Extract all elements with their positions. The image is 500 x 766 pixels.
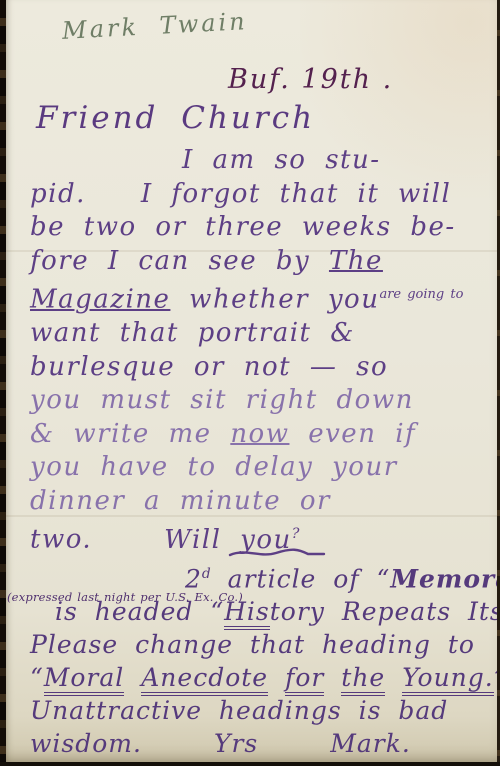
manuscript-text: even if <box>289 419 416 449</box>
manuscript-text <box>385 663 402 692</box>
manuscript-text: for <box>285 663 324 696</box>
manuscript-text: are going to <box>379 287 463 302</box>
manuscript-line: is headed “History Repeats Itself.” <box>55 595 492 628</box>
manuscript-text: whether you <box>170 285 379 315</box>
manuscript-text: wisdom. <box>30 729 142 758</box>
manuscript-text: the <box>341 663 385 696</box>
manuscript-text: Moral <box>44 663 125 696</box>
manuscript-text: His <box>224 597 270 630</box>
manuscript-text: dinner a minute or <box>30 486 331 516</box>
manuscript-text: & write me <box>30 419 230 449</box>
manuscript-text: 2 <box>185 564 202 593</box>
manuscript-text: The <box>329 246 383 276</box>
manuscript-text: Yrs <box>214 729 258 758</box>
manuscript-line: dinner a minute or <box>30 485 488 519</box>
manuscript-line: “Moral Anecdote for the Young.” <box>30 661 492 694</box>
manuscript-line: pid.I forgot that it will <box>30 178 488 212</box>
paper-edge <box>0 762 500 766</box>
manuscript-text: you must sit right down <box>30 385 414 415</box>
manuscript-text: pid. <box>30 179 86 209</box>
manuscript-text: article of “ <box>211 564 391 593</box>
letter-body: I am so stu-pid.I forgot that it willbe … <box>30 144 488 557</box>
manuscript-text: Anecdote <box>141 663 268 696</box>
manuscript-text: two. <box>30 525 92 555</box>
manuscript-line: you have to delay your <box>30 451 488 485</box>
manuscript-text <box>124 663 141 692</box>
manuscript-line: & write me now even if <box>30 418 488 452</box>
manuscript-line: you must sit right down <box>30 384 488 418</box>
manuscript-text: want that portrait & <box>30 318 355 348</box>
manuscript-line: Please change that heading to <box>30 628 492 661</box>
manuscript-text: be two or three weeks be- <box>30 212 456 242</box>
manuscript-text: you have to delay your <box>30 452 398 482</box>
manuscript-line: Magazine whether youare going to <box>30 278 488 317</box>
manuscript-text: I am so stu- <box>182 145 381 175</box>
manuscript-text: burlesque or not — so <box>30 352 388 382</box>
manuscript-text: d <box>202 566 211 582</box>
manuscript-text: “ <box>30 663 44 692</box>
manuscript-text: Please change that heading to <box>30 630 475 659</box>
manuscript-line: burlesque or not — so <box>30 351 488 385</box>
manuscript-text: I forgot that it will <box>141 179 451 209</box>
manuscript-line: I am so stu- <box>182 144 488 178</box>
manuscript-text: fore I can see by <box>30 246 329 276</box>
manuscript-text: Memoranda <box>390 564 500 593</box>
letter-postscript: 2d article of “Memoranda”is headed “Hist… <box>30 558 492 760</box>
manuscript-line: 2d article of “Memoranda” <box>185 558 492 595</box>
manuscript-line: want that portrait & <box>30 317 488 351</box>
manuscript-line: wisdom.YrsMark. <box>30 727 492 760</box>
manuscript-line: fore I can see by The <box>30 245 488 279</box>
manuscript-line: be two or three weeks be- <box>30 211 488 245</box>
manuscript-line: Unattractive headings is bad <box>30 694 492 727</box>
paper-torn-edge <box>0 0 6 766</box>
manuscript-text: Magazine <box>30 285 170 315</box>
salutation: Friend Church <box>36 100 315 136</box>
letter-scan: Mark Twain Buf. 19th . Friend Church I a… <box>0 0 500 766</box>
manuscript-text: ? <box>292 526 300 542</box>
manuscript-text: is headed “ <box>55 597 224 626</box>
manuscript-text <box>324 663 341 692</box>
dateline: Buf. 19th . <box>228 64 393 95</box>
manuscript-text: now <box>230 419 289 449</box>
manuscript-text: Young. <box>402 663 494 696</box>
manuscript-text <box>268 663 285 692</box>
manuscript-text: tory Repeats Itself.” <box>270 597 500 626</box>
manuscript-text: Mark. <box>330 729 411 758</box>
manuscript-text: Unattractive headings is bad <box>30 696 448 725</box>
